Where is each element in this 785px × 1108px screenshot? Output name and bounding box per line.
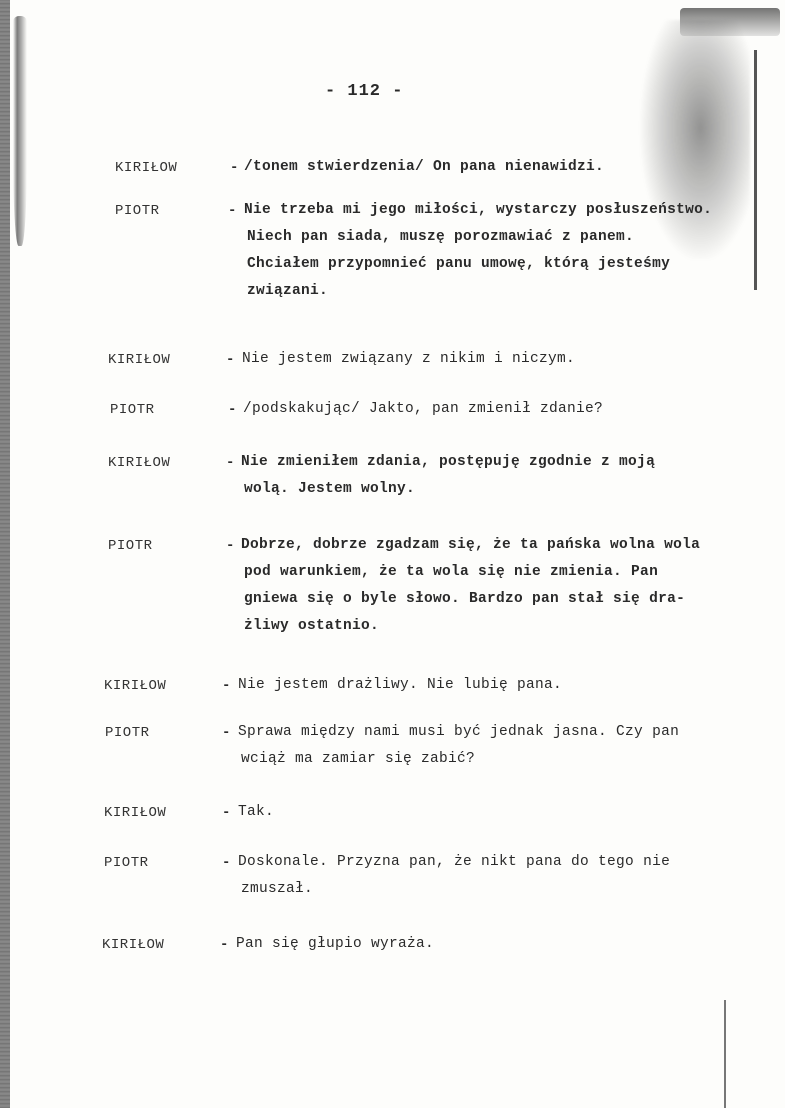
dialogue-dash: -	[228, 402, 236, 418]
dialogue-line: Sprawa między nami musi być jednak jasna…	[238, 724, 679, 740]
dialogue-dash: -	[228, 203, 236, 219]
speaker-name: PIOTR	[110, 402, 155, 418]
dialogue-line: /tonem stwierdzenia/ On pana nienawidzi.	[244, 159, 604, 175]
speaker-name: PIOTR	[108, 538, 153, 554]
speaker-name: KIRIŁOW	[108, 455, 170, 471]
dialogue-line: Doskonale. Przyzna pan, że nikt pana do …	[238, 854, 670, 870]
scan-edge-line	[754, 50, 757, 290]
dialogue-dash: -	[226, 352, 234, 368]
speaker-name: KIRIŁOW	[108, 352, 170, 368]
speaker-name: PIOTR	[104, 855, 149, 871]
dialogue-line: Nie jestem związany z nikim i niczym.	[242, 351, 575, 367]
dialogue-dash: -	[226, 538, 234, 554]
speaker-name: KIRIŁOW	[104, 805, 166, 821]
scan-edge-line-lower	[724, 1000, 726, 1108]
dialogue-line: Nie trzeba mi jego miłości, wystarczy po…	[244, 202, 712, 218]
dialogue-line: żliwy ostatnio.	[244, 618, 379, 634]
dialogue-dash: -	[220, 937, 228, 953]
dialogue-line: Pan się głupio wyraża.	[236, 936, 434, 952]
dialogue-line: /podskakując/ Jakto, pan zmienił zdanie?	[243, 401, 603, 417]
dialogue-line: zmuszał.	[241, 881, 313, 897]
dialogue-line: Nie zmieniłem zdania, postępuję zgodnie …	[241, 454, 655, 470]
dialogue-dash: -	[226, 455, 234, 471]
dialogue-dash: -	[222, 805, 230, 821]
speaker-name: KIRIŁOW	[115, 160, 177, 176]
dialogue-line: Niech pan siada, muszę porozmawiać z pan…	[247, 229, 634, 245]
dialogue-line: Chciałem przypomnieć panu umowę, którą j…	[247, 256, 670, 272]
speaker-name: PIOTR	[105, 725, 150, 741]
speaker-name: KIRIŁOW	[102, 937, 164, 953]
dialogue-line: Dobrze, dobrze zgadzam się, że ta pańska…	[241, 537, 700, 553]
dialogue-dash: -	[222, 678, 230, 694]
scan-smudge	[640, 20, 750, 260]
scan-left-edge	[0, 0, 10, 1108]
page-number: - 112 -	[325, 82, 403, 101]
speaker-name: PIOTR	[115, 203, 160, 219]
dialogue-dash: -	[222, 855, 230, 871]
dialogue-dash: -	[230, 160, 238, 176]
dialogue-line: wolą. Jestem wolny.	[244, 481, 415, 497]
dialogue-dash: -	[222, 725, 230, 741]
scan-streak	[13, 16, 27, 246]
dialogue-line: pod warunkiem, że ta wola się nie zmieni…	[244, 564, 658, 580]
dialogue-line: związani.	[247, 283, 328, 299]
speaker-name: KIRIŁOW	[104, 678, 166, 694]
dialogue-line: gniewa się o byle słowo. Bardzo pan stał…	[244, 591, 685, 607]
dialogue-line: Tak.	[238, 804, 274, 820]
dialogue-line: wciąż ma zamiar się zabić?	[241, 751, 475, 767]
dialogue-line: Nie jestem drażliwy. Nie lubię pana.	[238, 677, 562, 693]
